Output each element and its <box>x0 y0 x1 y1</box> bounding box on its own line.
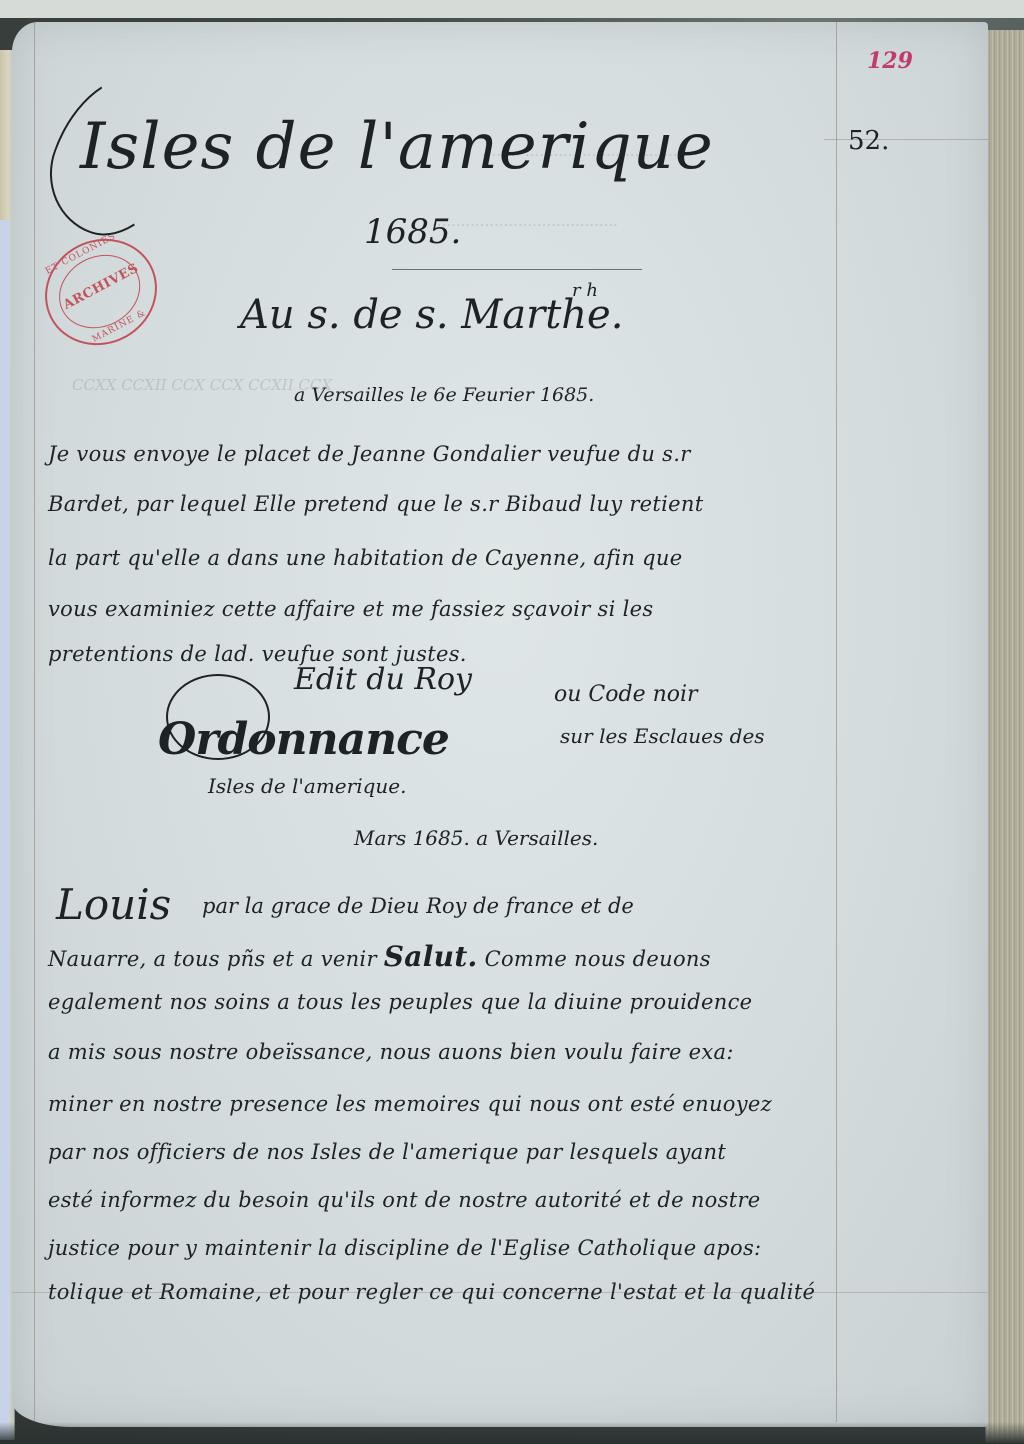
manuscript-photo: ........ ...............................… <box>0 0 1024 1444</box>
ordonnance-line-pre: Nauarre, a tous pñs et a venir <box>48 947 377 971</box>
letter-line: la part qu'elle a dans une habitation de… <box>48 546 682 570</box>
place-date: a Versailles le 6e Feurier 1685. <box>294 384 594 406</box>
year-underline <box>392 269 642 270</box>
manuscript-page: ........ ...............................… <box>12 22 988 1427</box>
section-heading-alt: ou Code noir <box>554 682 698 707</box>
ordonnance-line: a mis sous nostre obeïssance, nous auons… <box>48 1040 734 1064</box>
bottom-shadow <box>0 1422 1024 1444</box>
folio-number-red: 129 <box>867 48 913 74</box>
folio-number: 52. <box>848 126 889 156</box>
ordonnance-line: par nos officiers de nos Isles de l'amer… <box>48 1140 726 1164</box>
letter-line: vous examiniez cette affaire et me fassi… <box>48 597 653 621</box>
salut-word: Salut. <box>384 940 478 973</box>
addressee-superscript: r h <box>572 280 598 301</box>
title-year: 1685. <box>364 212 461 252</box>
ordonnance-line-post: Comme nous deuons <box>485 947 711 971</box>
addressee: Au s. de s. Marthe. <box>240 292 623 338</box>
ordonnance-line: esté informez du besoin qu'ils ont de no… <box>48 1188 761 1212</box>
section-heading-main: Ordonnance <box>158 714 449 765</box>
book-page-edges <box>985 30 1024 1444</box>
left-margin-rule <box>34 22 35 1422</box>
ordonnance-line: egalement nos soins a tous les peuples q… <box>48 990 752 1014</box>
ordonnance-line: miner en nostre presence les memoires qu… <box>48 1092 772 1116</box>
top-strip <box>0 0 1024 18</box>
ordonnance-line: par la grace de Dieu Roy de france et de <box>202 894 634 918</box>
ordonnance-line: Nauarre, a tous pñs et a venir Salut. Co… <box>48 940 711 973</box>
archives-stamp: ET COLONIES ARCHIVES MARINE & <box>26 219 175 364</box>
ordonnance-line: justice pour y maintenir la discipline d… <box>48 1236 761 1260</box>
previous-page-tint <box>0 220 10 1440</box>
section-heading-rest: sur les Esclaues des <box>560 724 765 748</box>
letter-line: Bardet, par lequel Elle pretend que le s… <box>48 492 703 516</box>
section-heading-top: Edit du Roy <box>294 662 472 697</box>
section-heading-line2: Isles de l'amerique. <box>208 774 406 798</box>
opening-word: Louis <box>56 880 171 929</box>
letter-line: Je vous envoye le placet de Jeanne Gonda… <box>48 442 691 466</box>
section-dateline: Mars 1685. a Versailles. <box>354 826 598 850</box>
ordonnance-line: tolique et Romaine, et pour regler ce qu… <box>48 1280 815 1304</box>
right-margin-rule <box>836 22 837 1422</box>
page-title: Isles de l'amerique <box>80 110 714 184</box>
